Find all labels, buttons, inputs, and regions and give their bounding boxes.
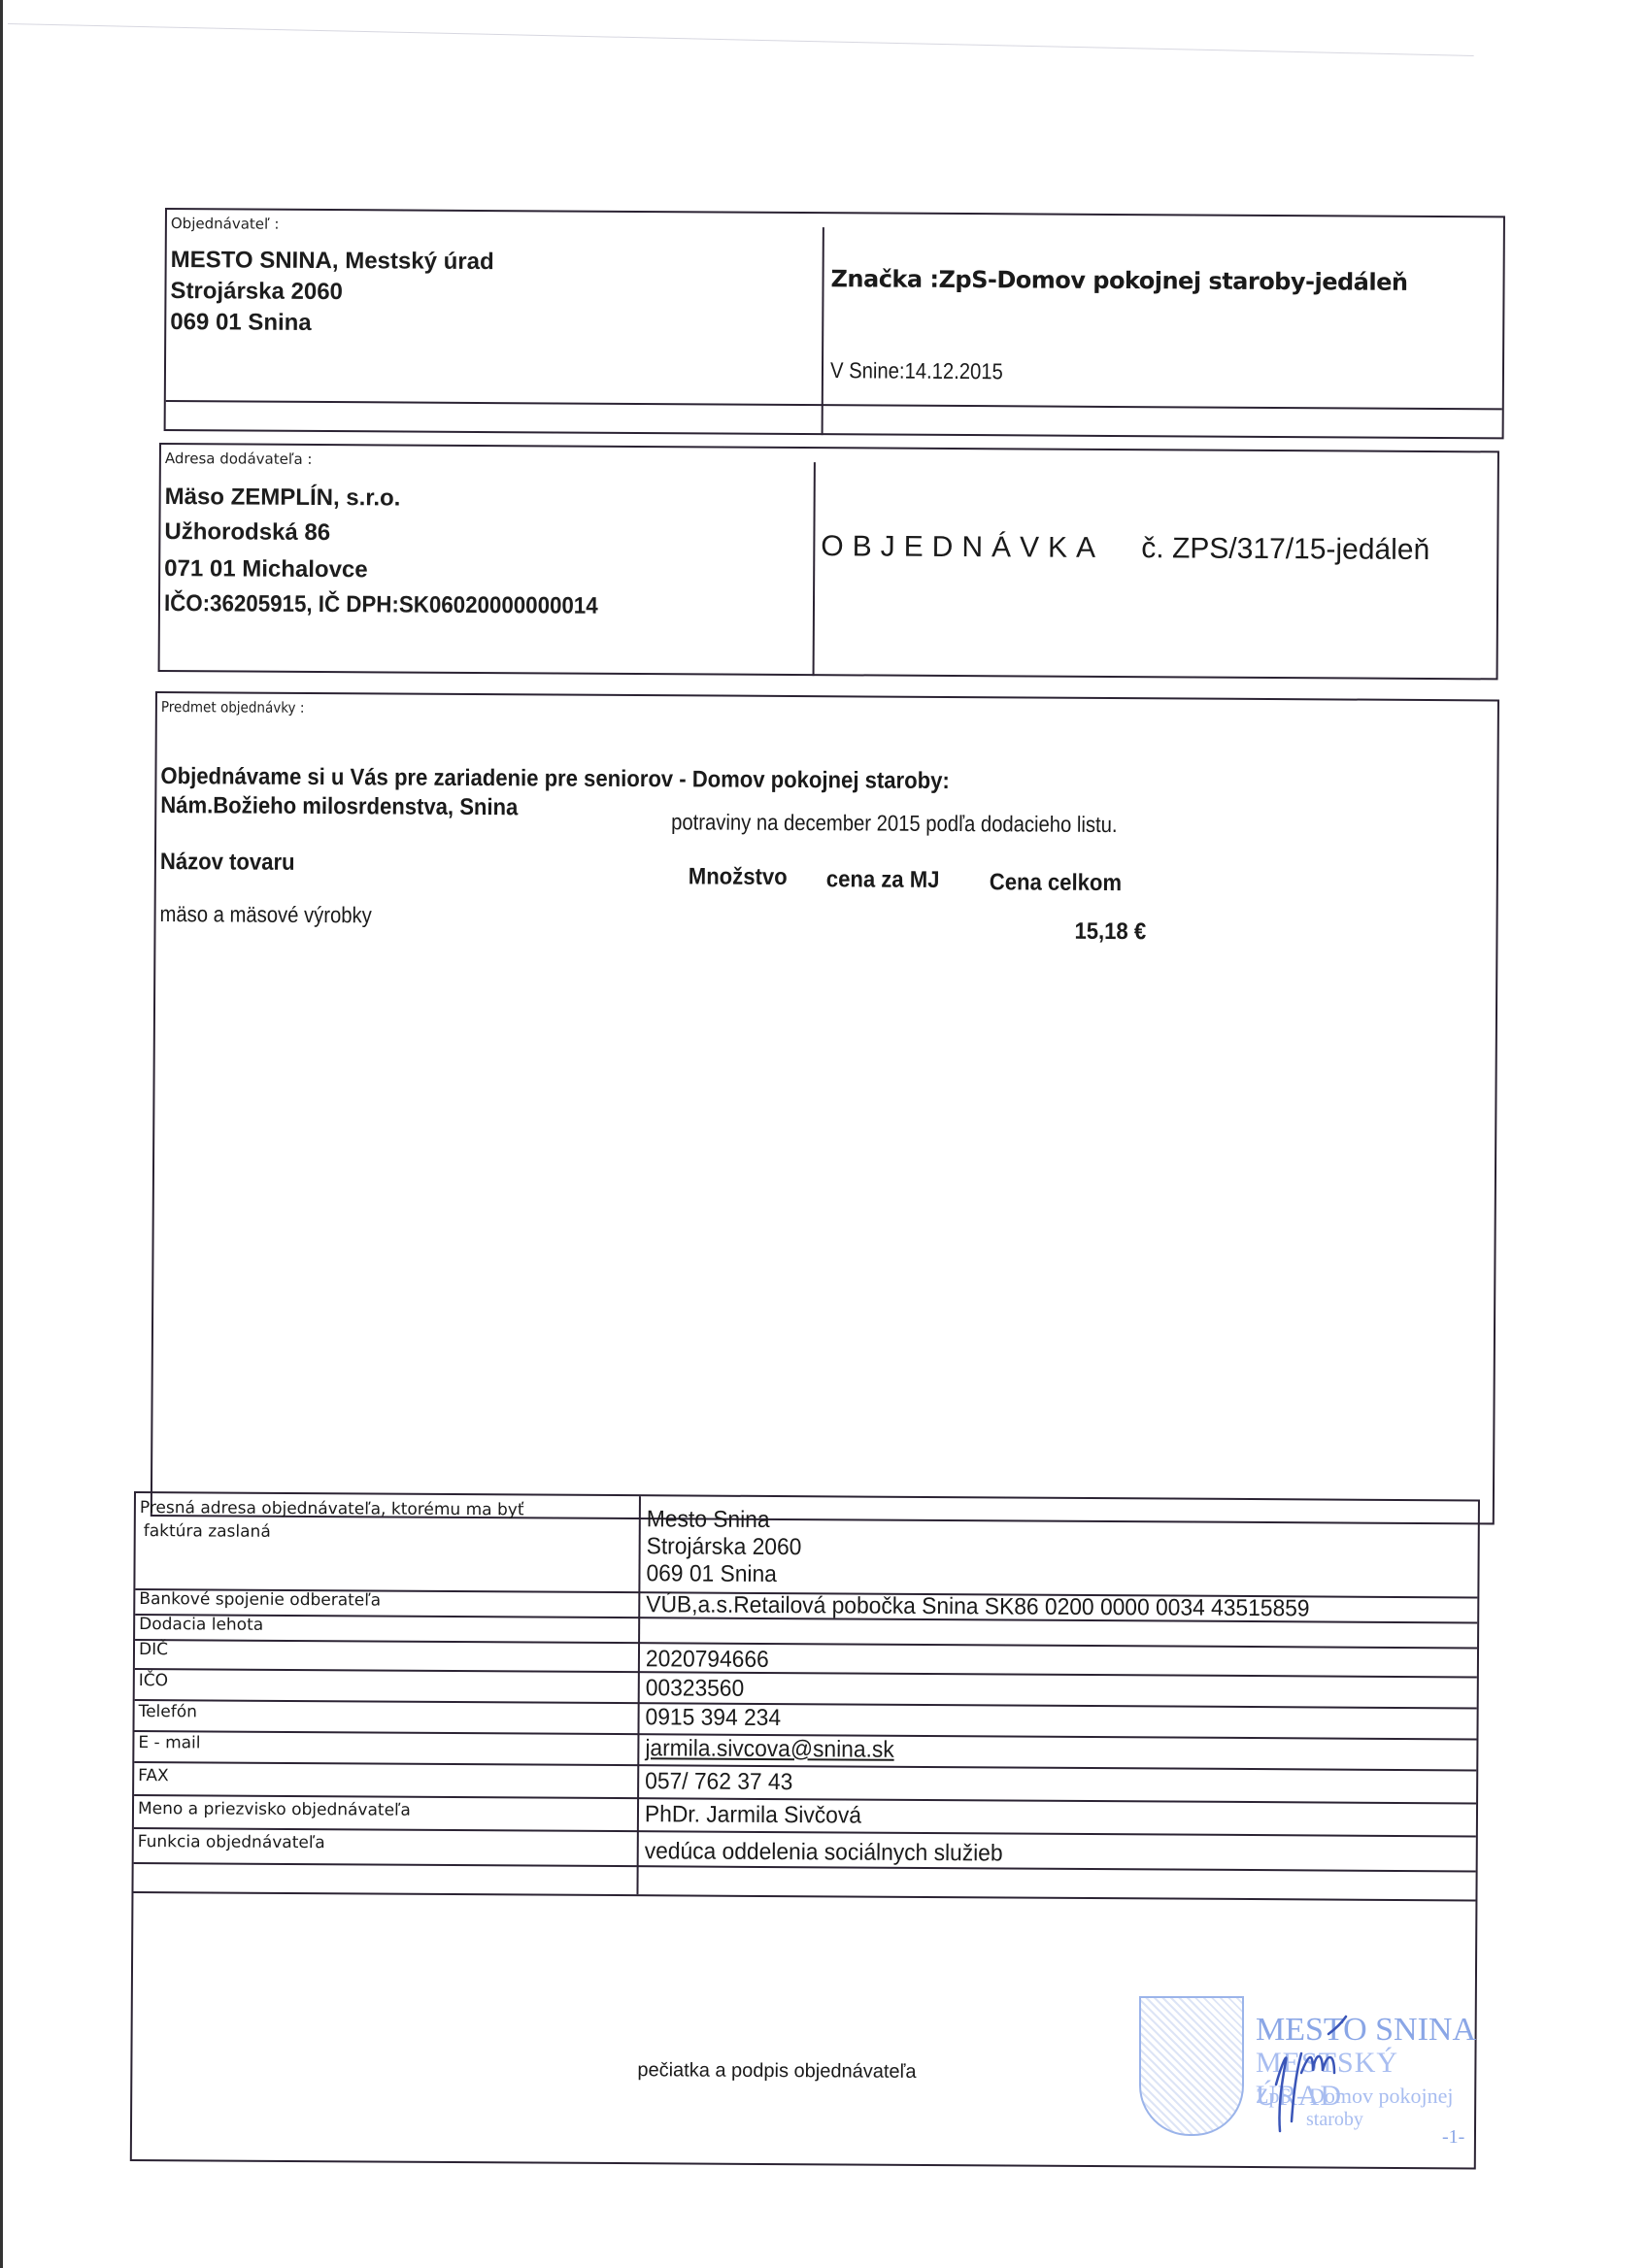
row-divider (133, 1891, 1475, 1901)
subject-line-2: Nám.Božieho milosrdenstva, Snina (160, 792, 518, 821)
row-label-dic: DIČ (139, 1641, 168, 1660)
column-quantity: Množstvo (689, 863, 788, 890)
supplier-name: Mäso ZEMPLÍN, s.r.o. (165, 484, 401, 512)
email-link[interactable]: jarmila.sivcova@snina.sk (645, 1735, 893, 1763)
subject-box: Predmet objednávky : Objednávame si u Vá… (151, 691, 1499, 1524)
column-unit-price: cena za MJ (826, 866, 940, 893)
row-label-delivery: Dodacia lehota (139, 1616, 263, 1635)
row-value-fax: 057/ 762 37 43 (645, 1768, 792, 1796)
invoice-address-line-2: Strojárska 2060 (647, 1533, 802, 1561)
row-value-dic: 2020794666 (646, 1646, 769, 1673)
item-total: 15,18 € (1074, 918, 1146, 946)
stamp-line-5: -1- (1442, 2126, 1464, 2149)
column-item: Názov tovaru (160, 849, 295, 876)
row-value-phone: 0915 394 234 (646, 1704, 782, 1731)
place-date: V Snine:14.12.2015 (830, 357, 1003, 384)
order-title: OBJEDNÁVKA (821, 530, 1104, 565)
coat-of-arms-icon (1139, 1996, 1244, 2136)
signature-icon (1253, 2015, 1369, 2141)
row-label-ico: IČO (139, 1672, 168, 1691)
supplier-box: Adresa dodávateľa : Mäso ZEMPLÍN, s.r.o.… (158, 443, 1499, 680)
order-document: Objednávateľ : MESTO SNINA, Mestský úrad… (0, 0, 1647, 2268)
subject-line-1: Objednávame si u Vás pre zariadenie pre … (160, 763, 949, 795)
subject-note: potraviny na december 2015 podľa dodacie… (671, 809, 1118, 837)
orderer-label: Objednávateľ : (171, 216, 280, 233)
orderer-box: Objednávateľ : MESTO SNINA, Mestský úrad… (164, 208, 1505, 439)
row-label-phone: Telefón (139, 1703, 197, 1722)
invoice-address-label-2: faktúra zaslaná (144, 1522, 271, 1542)
divider (813, 462, 816, 676)
invoice-address-line-3: 069 01 Snina (646, 1560, 777, 1587)
supplier-city: 071 01 Michalovce (164, 555, 368, 584)
scan-edge (0, 0, 3, 2268)
supplier-street: Užhorodská 86 (164, 518, 330, 547)
row-value-ico: 00323560 (646, 1675, 745, 1702)
scan-artifact-line (8, 23, 1474, 56)
subject-label: Predmet objednávky : (161, 699, 305, 717)
supplier-label: Adresa dodávateľa : (165, 450, 313, 468)
row-value-bank: VÚB,a.s.Retailová pobočka Snina SK86 020… (646, 1591, 1309, 1622)
item-name: mäso a mäsové výrobky (160, 901, 372, 928)
divider (166, 400, 1502, 410)
row-value-name: PhDr. Jarmila Sivčová (645, 1801, 861, 1829)
supplier-ids: IČO:36205915, IČ DPH:SK06020000000014 (164, 590, 598, 619)
signature-caption: pečiatka a podpis objednávateľa (637, 2059, 916, 2084)
row-divider (135, 1639, 1477, 1649)
invoice-address-line-1: Mesto Snina (647, 1506, 770, 1533)
row-label-email: E - mail (138, 1734, 200, 1753)
row-value-function: vedúca oddelenia sociálnych služieb (645, 1838, 1003, 1867)
reference-mark: Značka :ZpS-Domov pokojnej staroby-jedál… (830, 266, 1407, 296)
row-label-fax: FAX (138, 1767, 169, 1786)
orderer-name: MESTO SNINA, Mestský úrad (171, 247, 494, 276)
orderer-street: Strojárska 2060 (170, 278, 343, 306)
row-divider (135, 1699, 1477, 1709)
row-label-function: Funkcia objednávateľa (138, 1833, 325, 1853)
row-divider (135, 1668, 1477, 1678)
orderer-city: 069 01 Snina (170, 309, 312, 336)
invoice-address-label: Presná adresa objednávateľa, ktorému ma … (140, 1499, 524, 1520)
column-total: Cena celkom (990, 869, 1122, 896)
row-label-bank: Bankové spojenie odberateľa (139, 1590, 381, 1611)
divider (636, 1496, 641, 1894)
order-number: č. ZPS/317/15-jedáleň (1141, 532, 1429, 567)
row-label-name: Meno a priezvisko objednávateľa (138, 1800, 411, 1820)
